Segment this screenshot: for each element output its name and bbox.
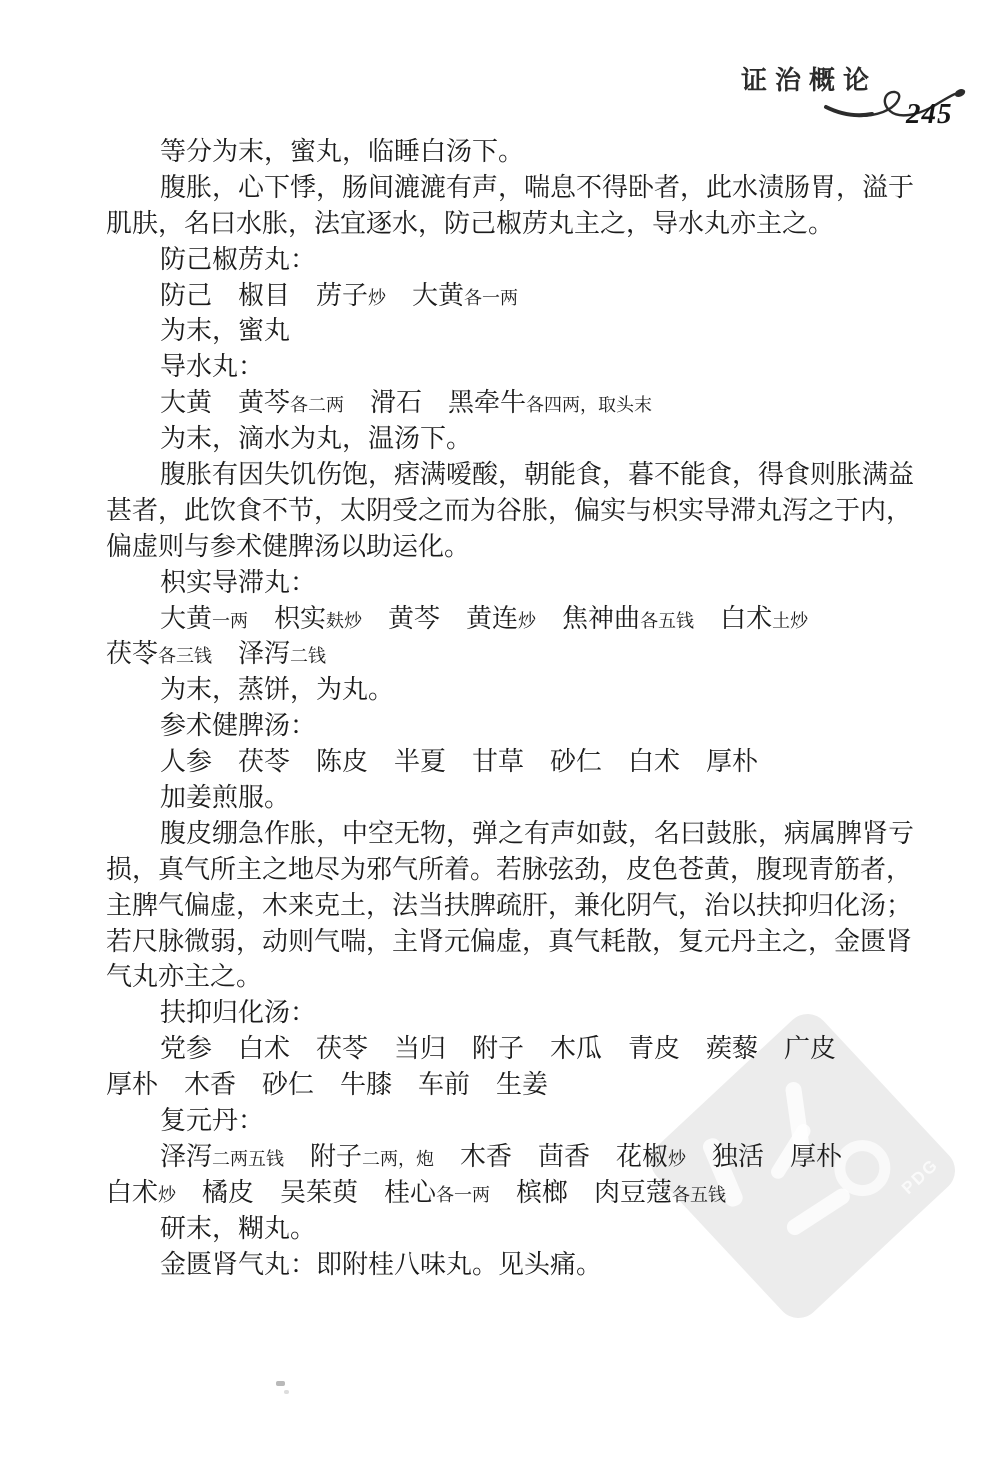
text-run: 党参 白术 茯苓 当归 附子 木瓜 青皮 蒺藜 广皮 [160, 1034, 836, 1063]
text-run: 黄芩 黄连 [362, 604, 518, 633]
text-run: 气丸亦主之。 [106, 962, 262, 991]
text-run: 白术 [694, 604, 772, 633]
text-run: 橘皮 吴茱萸 桂心 [176, 1178, 436, 1207]
text-run: 复元丹： [160, 1106, 264, 1135]
text-line: 厚朴 木香 砂仁 牛膝 车前 生姜 [0, 1067, 983, 1103]
text-run: 人参 茯苓 陈皮 半夏 甘草 砂仁 白术 厚朴 [160, 747, 758, 776]
text-line: 人参 茯苓 陈皮 半夏 甘草 砂仁 白术 厚朴 [0, 744, 983, 780]
book-page: 证治概论 245 PDG 等分为末，蜜丸，临睡白汤下。腹胀，心下悸，肠间漉漉有声… [0, 0, 983, 1470]
text-run: 研末，糊丸。 [160, 1214, 316, 1243]
text-block: 等分为末，蜜丸，临睡白汤下。腹胀，心下悸，肠间漉漉有声，喘息不得卧者，此水渍肠胃… [0, 134, 983, 1283]
text-run: 白术 [106, 1178, 158, 1207]
text-line: 大黄 黄芩各二两 滑石 黑牵牛各四两，取头末 [0, 385, 983, 421]
text-run: 导水丸： [160, 352, 264, 381]
text-run: 茯苓 [106, 639, 158, 668]
page-header: 证治概论 245 [0, 0, 983, 140]
text-line: 为末，滴水为丸，温汤下。 [0, 421, 983, 457]
dosage-annotation: 二钱 [290, 646, 326, 666]
text-run: 腹胀，心下悸，肠间漉漉有声，喘息不得卧者，此水渍肠胃，溢于 [160, 173, 914, 202]
text-run: 枳实 [248, 604, 326, 633]
text-run: 厚朴 木香 砂仁 牛膝 车前 生姜 [106, 1070, 548, 1099]
text-run: 槟榔 肉豆蔻 [490, 1178, 672, 1207]
text-line: 复元丹： [0, 1103, 983, 1139]
text-line: 主脾气偏虚，木来克土，法当扶脾疏肝，兼化阴气，治以扶抑归化汤； [0, 888, 983, 924]
text-line: 甚者，此饮食不节，太阴受之而为谷胀，偏实与枳实导滞丸泻之于内， [0, 493, 983, 529]
text-line: 大黄一两 枳实麸炒 黄芩 黄连炒 焦神曲各五钱 白术土炒 [0, 601, 983, 637]
text-run: 为末，蜜丸 [160, 316, 290, 345]
text-run: 若尺脉微弱，动则气喘，主肾元偏虚，真气耗散，复元丹主之，金匮肾 [106, 927, 912, 956]
text-line: 白术炒 橘皮 吴茱萸 桂心各一两 槟榔 肉豆蔻各五钱 [0, 1175, 983, 1211]
dosage-annotation: 一两 [212, 611, 248, 631]
text-line: 等分为末，蜜丸，临睡白汤下。 [0, 134, 983, 170]
text-line: 偏虚则与参术健脾汤以助运化。 [0, 529, 983, 565]
scan-speck [284, 1390, 289, 1394]
dosage-annotation: 炒 [158, 1185, 176, 1205]
dosage-annotation: 炒 [518, 611, 536, 631]
text-run: 滑石 黑牵牛 [344, 388, 526, 417]
text-run: 扶抑归化汤： [160, 998, 316, 1027]
dosage-annotation: 二两五钱 [212, 1149, 284, 1169]
dosage-annotation: 炒 [368, 288, 386, 308]
dosage-annotation: 二两，炮 [362, 1149, 434, 1169]
text-run: 金匮肾气丸：即附桂八味丸。见头痛。 [160, 1250, 602, 1279]
text-run: 大黄 黄芩 [160, 388, 290, 417]
text-line: 腹皮绷急作胀，中空无物，弹之有声如鼓，名曰鼓胀，病属脾肾亏 [0, 816, 983, 852]
text-run: 枳实导滞丸： [160, 568, 316, 597]
text-run: 肌肤，名曰水胀，法宜逐水，防己椒苈丸主之，导水丸亦主之。 [106, 209, 834, 238]
dosage-annotation: 各一两 [436, 1185, 490, 1205]
text-run: 加姜煎服。 [160, 783, 290, 812]
text-line: 参术健脾汤： [0, 708, 983, 744]
text-line: 导水丸： [0, 349, 983, 385]
text-run: 甚者，此饮食不节，太阴受之而为谷胀，偏实与枳实导滞丸泻之于内， [106, 496, 912, 525]
text-line: 腹胀，心下悸，肠间漉漉有声，喘息不得卧者，此水渍肠胃，溢于 [0, 170, 983, 206]
dosage-annotation: 土炒 [772, 611, 808, 631]
text-run: 大黄 [386, 281, 464, 310]
text-line: 扶抑归化汤： [0, 995, 983, 1031]
text-run: 等分为末，蜜丸，临睡白汤下。 [160, 137, 524, 166]
page-number: 245 [906, 98, 953, 131]
dosage-annotation: 各一两 [464, 288, 518, 308]
text-line: 若尺脉微弱，动则气喘，主肾元偏虚，真气耗散，复元丹主之，金匮肾 [0, 924, 983, 960]
text-run: 附子 [284, 1142, 362, 1171]
text-line: 损，真气所主之地尽为邪气所着。若脉弦劲，皮色苍黄，腹现青筋者， [0, 852, 983, 888]
text-line: 党参 白术 茯苓 当归 附子 木瓜 青皮 蒺藜 广皮 [0, 1031, 983, 1067]
text-run: 泽泻 [212, 639, 290, 668]
text-run: 木香 茴香 花椒 [434, 1142, 668, 1171]
text-run: 为末，滴水为丸，温汤下。 [160, 424, 472, 453]
text-line: 枳实导滞丸： [0, 565, 983, 601]
text-run: 独活 厚朴 [686, 1142, 842, 1171]
text-run: 焦神曲 [536, 604, 640, 633]
dosage-annotation: 各三钱 [158, 646, 212, 666]
text-run: 腹皮绷急作胀，中空无物，弹之有声如鼓，名曰鼓胀，病属脾肾亏 [160, 819, 914, 848]
text-line: 茯苓各三钱 泽泻二钱 [0, 636, 983, 672]
scan-speck [276, 1381, 285, 1386]
text-run: 防己 椒目 苈子 [160, 281, 368, 310]
dosage-annotation: 各五钱 [640, 611, 694, 631]
text-run: 损，真气所主之地尽为邪气所着。若脉弦劲，皮色苍黄，腹现青筋者， [106, 855, 912, 884]
text-run: 为末，蒸饼，为丸。 [160, 675, 394, 704]
text-line: 为末，蜜丸 [0, 313, 983, 349]
text-run: 防己椒苈丸： [160, 245, 316, 274]
text-line: 防己 椒目 苈子炒 大黄各一两 [0, 278, 983, 314]
text-line: 为末，蒸饼，为丸。 [0, 672, 983, 708]
text-line: 气丸亦主之。 [0, 959, 983, 995]
dosage-annotation: 麸炒 [326, 611, 362, 631]
dosage-annotation: 炒 [668, 1149, 686, 1169]
text-run: 大黄 [160, 604, 212, 633]
text-run: 腹胀有因失饥伤饱，痞满嗳酸，朝能食，暮不能食，得食则胀满益 [160, 460, 914, 489]
dosage-annotation: 各四两，取头末 [526, 395, 652, 415]
text-run: 参术健脾汤： [160, 711, 316, 740]
text-run: 偏虚则与参术健脾汤以助运化。 [106, 532, 470, 561]
text-line: 加姜煎服。 [0, 780, 983, 816]
text-line: 泽泻二两五钱 附子二两，炮 木香 茴香 花椒炒 独活 厚朴 [0, 1139, 983, 1175]
dosage-annotation: 各二两 [290, 395, 344, 415]
dosage-annotation: 各五钱 [672, 1185, 726, 1205]
text-line: 腹胀有因失饥伤饱，痞满嗳酸，朝能食，暮不能食，得食则胀满益 [0, 457, 983, 493]
text-line: 肌肤，名曰水胀，法宜逐水，防己椒苈丸主之，导水丸亦主之。 [0, 206, 983, 242]
text-line: 防己椒苈丸： [0, 242, 983, 278]
text-run: 泽泻 [160, 1142, 212, 1171]
text-line: 金匮肾气丸：即附桂八味丸。见头痛。 [0, 1247, 983, 1283]
text-run: 主脾气偏虚，木来克土，法当扶脾疏肝，兼化阴气，治以扶抑归化汤； [106, 891, 912, 920]
text-line: 研末，糊丸。 [0, 1211, 983, 1247]
